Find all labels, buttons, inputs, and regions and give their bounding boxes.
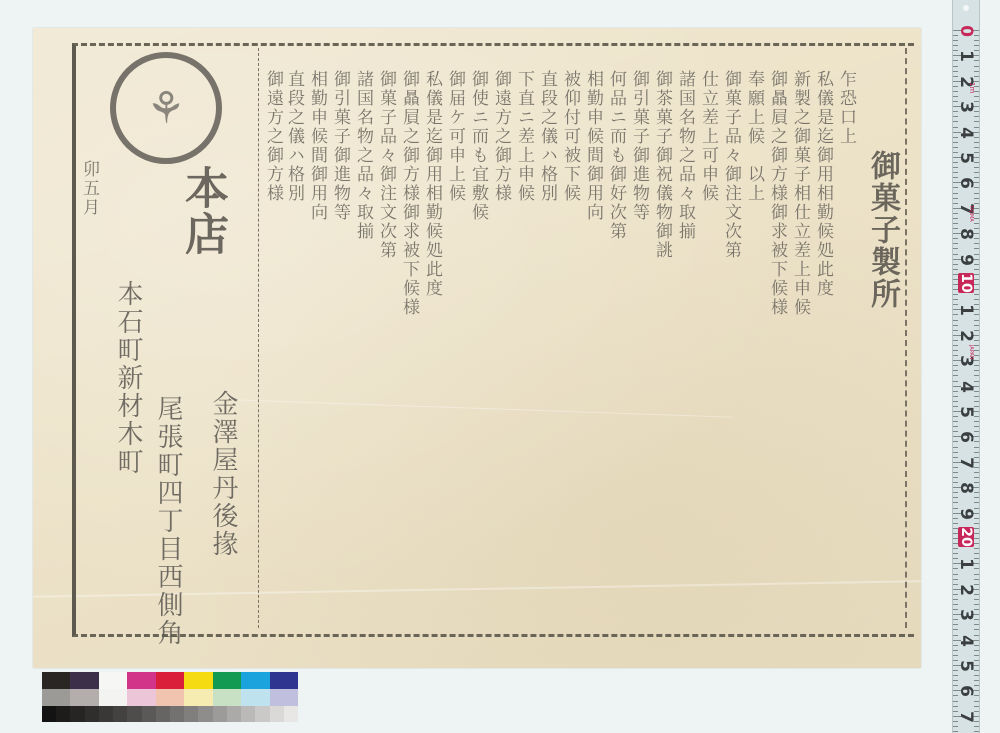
color-row-saturated — [42, 672, 298, 689]
body-column: 直段之儀ハ格別 — [536, 70, 558, 203]
color-swatch — [70, 689, 98, 706]
body-column: 仕立差上可申候 — [697, 70, 719, 203]
left-column-2: 尾張町四丁目西側角 — [150, 395, 187, 647]
color-swatch — [127, 672, 155, 689]
ruler-tick — [953, 294, 979, 295]
color-row-tints — [42, 689, 298, 706]
color-swatch — [284, 706, 298, 722]
body-column: 御遠方之御方様 — [262, 70, 284, 203]
body-column: 相勤申候間御用向 — [306, 70, 328, 222]
ruler-label: 3 — [956, 97, 976, 117]
ruler-tick — [953, 731, 979, 732]
ruler-label: 6 — [956, 173, 976, 193]
left-column-1: 金澤屋丹後掾 — [205, 390, 242, 558]
ruler-label: 10 — [958, 273, 974, 293]
body-column: 下直ニ差上申候 — [513, 70, 535, 203]
body-column: 諸国名物之品々取揃 — [674, 70, 696, 241]
crest-emblem: ⚘ — [110, 52, 222, 164]
date-column: 卯五月 — [78, 160, 100, 217]
color-swatch — [156, 672, 184, 689]
body-column: 乍恐口上 — [835, 70, 857, 146]
measuring-tape: 012345678910123456789201234567TAJIMA1mJA… — [952, 0, 980, 733]
headline: 御菓子製所 — [860, 150, 904, 310]
color-swatch — [127, 706, 141, 722]
color-swatch — [213, 706, 227, 722]
tape-hole — [963, 5, 969, 11]
color-checker — [42, 672, 298, 722]
body-column: 相勤申候間御用向 — [582, 70, 604, 222]
ruler-label: 1 — [956, 300, 976, 320]
color-swatch — [270, 689, 298, 706]
color-swatch — [156, 689, 184, 706]
color-swatch — [184, 689, 212, 706]
color-swatch — [213, 689, 241, 706]
ruler-label: 7 — [956, 707, 976, 727]
color-swatch — [99, 706, 113, 722]
color-swatch — [99, 689, 127, 706]
color-swatch — [270, 672, 298, 689]
ruler-label: 20 — [958, 527, 974, 547]
color-swatch — [255, 706, 269, 722]
color-swatch — [213, 672, 241, 689]
color-swatch — [241, 672, 269, 689]
body-column: 御引菓子御進物等 — [628, 70, 650, 222]
grey-scale — [42, 706, 298, 722]
color-swatch — [99, 672, 127, 689]
ruler-label: 8 — [956, 224, 976, 244]
body-column: 御菓子品々御注文次第 — [720, 70, 742, 260]
ruler-label: 0 — [956, 21, 976, 41]
crest-icon: ⚘ — [146, 83, 185, 134]
shop-title: 本店 — [170, 165, 234, 257]
body-column: 直段之儀ハ格別 — [283, 70, 305, 203]
ruler-brand: TAJIMA — [968, 205, 974, 222]
body-column: 被仰付可被下候 — [559, 70, 581, 203]
ruler-label: 7 — [956, 453, 976, 473]
ruler-label: 9 — [956, 504, 976, 524]
body-column: 御贔屓之御方様御求被下候様 — [766, 70, 788, 317]
color-swatch — [56, 706, 70, 722]
color-swatch — [42, 706, 56, 722]
ruler-label: 4 — [956, 631, 976, 651]
color-swatch — [113, 706, 127, 722]
ruler-label: 4 — [956, 123, 976, 143]
ruler-tick — [953, 548, 979, 549]
ruler-label: 6 — [956, 681, 976, 701]
ruler-label: 1 — [956, 46, 976, 66]
right-frame-line — [905, 48, 907, 628]
color-swatch — [156, 706, 170, 722]
body-column: 御遠方之御方様 — [490, 70, 512, 203]
color-swatch — [85, 706, 99, 722]
ruler-label: 8 — [956, 478, 976, 498]
color-swatch — [227, 706, 241, 722]
color-swatch — [70, 706, 84, 722]
body-column: 私儀是迄御用相勤候処此度 — [812, 70, 834, 298]
body-column: 奉願上候 以上 — [743, 70, 765, 203]
color-swatch — [142, 706, 156, 722]
body-column: 御引菓子御進物等 — [329, 70, 351, 222]
body-column: 諸国名物之品々取揃 — [352, 70, 374, 241]
color-swatch — [42, 672, 70, 689]
body-column: 御届ケ可申上候 — [444, 70, 466, 203]
body-column: 御茶菓子御祝儀物御誂 — [651, 70, 673, 260]
left-column-3: 本石町新材木町 — [110, 280, 147, 476]
color-swatch — [170, 706, 184, 722]
color-swatch — [198, 706, 212, 722]
color-swatch — [42, 689, 70, 706]
body-column: 御菓子品々御注文次第 — [375, 70, 397, 260]
body-column: 御使ニ而も宜敷候 — [467, 70, 489, 222]
ruler-label: 5 — [956, 656, 976, 676]
ruler-label: 5 — [956, 402, 976, 422]
ruler-label: 4 — [956, 377, 976, 397]
ruler-label: 3 — [956, 605, 976, 625]
ruler-label: 2 — [956, 580, 976, 600]
body-column: 何品ニ而も御好次第 — [605, 70, 627, 241]
ruler-label: 2 — [956, 326, 976, 346]
ruler-label: 6 — [956, 427, 976, 447]
body-column: 新製之御菓子相仕立差上申候 — [789, 70, 811, 317]
color-swatch — [184, 672, 212, 689]
ruler-unit-mark: 1m — [968, 82, 976, 93]
color-swatch — [127, 689, 155, 706]
ruler-label: 1 — [956, 554, 976, 574]
color-swatch — [184, 706, 198, 722]
ruler-label: 9 — [956, 250, 976, 270]
color-swatch — [270, 706, 284, 722]
color-swatch — [70, 672, 98, 689]
ruler-origin-mark: JAPAN — [968, 345, 974, 360]
body-column: 私儀是迄御用相勤候処此度 — [421, 70, 443, 298]
panel-divider — [258, 48, 259, 628]
color-swatch — [241, 689, 269, 706]
color-swatch — [241, 706, 255, 722]
body-column: 御贔屓之御方様御求被下候様 — [398, 70, 420, 317]
ruler-label: 5 — [956, 148, 976, 168]
